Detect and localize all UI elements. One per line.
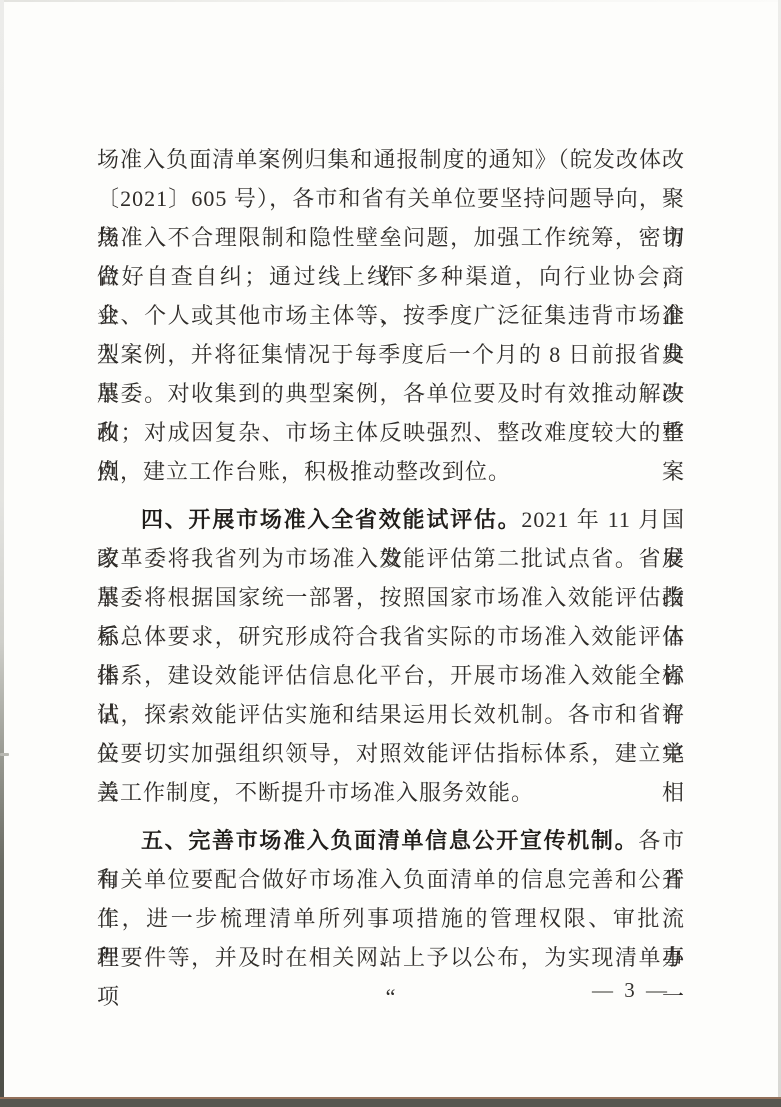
text-line: 作，进一步梳理清单所列事项措施的管理权限、审批流程、办: [97, 899, 685, 938]
text-line: 〔2021〕605 号），各市和省有关单位要坚持问题导向，聚焦市: [97, 179, 685, 218]
section-heading-5: 五、完善市场准入负面清单信息公开宣传机制。: [141, 828, 638, 853]
scan-edge-top: [0, 0, 781, 2]
scan-edge-left: [0, 0, 4, 1107]
text-line: 型案例，并将征集情况于每季度后一个月的 8 日前报省发展改: [97, 335, 685, 374]
text-line: 革委。对收集到的典型案例，各单位要及时有效推动解决和整: [97, 374, 685, 413]
text-line: 估，探索效能评估实施和结果运用长效机制。各市和省有关单: [97, 695, 685, 734]
text-line: 体系，建设效能评估信息化平台，开展市场准入效能全省试评: [97, 656, 685, 695]
paragraph-section-5: 五、完善市场准入负面清单信息公开宣传机制。各市和省 有关单位要配合做好市场准入负…: [97, 821, 685, 977]
paragraph-continued: 场准入负面清单案例归集和通报制度的通知》（皖发改体改 〔2021〕605 号），…: [97, 140, 685, 491]
text-line: 五、完善市场准入负面清单信息公开宣传机制。各市和省: [97, 821, 685, 860]
scan-edge-bottom: [0, 1097, 781, 1107]
text-line: 系总体要求，研究形成符合我省实际的市场准入效能评估指标: [97, 617, 685, 656]
page-number: — 3 —: [592, 978, 670, 1003]
document-page: 场准入负面清单案例归集和通报制度的通知》（皖发改体改 〔2021〕605 号），…: [0, 0, 781, 1107]
text-line: 四、开展市场准入全省效能试评估。2021 年 11 月国家发展: [97, 500, 685, 539]
text-line: 场准入不合理限制和隐性壁垒问题，加强工作统筹，密切合作，: [97, 218, 685, 257]
scan-speck: [0, 753, 9, 756]
text-line: 改；对成因复杂、市场主体反映强烈、整改难度较大的重点案: [97, 413, 685, 452]
text-line: 理要件等，并及时在相关网站上予以公布，为实现清单事项“一: [97, 938, 685, 977]
document-body: 场准入负面清单案例归集和通报制度的通知》（皖发改体改 〔2021〕605 号），…: [97, 140, 685, 977]
text-line: 业、个人或其他市场主体等，按季度广泛征集违背市场准入典: [97, 296, 685, 335]
text-line: 位要切实加强组织领导，对照效能评估指标体系，建立完善相: [97, 734, 685, 773]
text-line: 场准入负面清单案例归集和通报制度的通知》（皖发改体改: [97, 140, 685, 179]
text-line: 做好自查自纠；通过线上线下多种渠道，向行业协会商会、企: [97, 257, 685, 296]
text-line: 革委将根据国家统一部署，按照国家市场准入效能评估指标体: [97, 578, 685, 617]
text-line: 改革委将我省列为市场准入效能评估第二批试点省。省发展改: [97, 539, 685, 578]
text-line: 有关单位要配合做好市场准入负面清单的信息完善和公开工: [97, 860, 685, 899]
paragraph-section-4: 四、开展市场准入全省效能试评估。2021 年 11 月国家发展 改革委将我省列为…: [97, 500, 685, 812]
section-heading-4: 四、开展市场准入全省效能试评估。: [141, 507, 521, 532]
